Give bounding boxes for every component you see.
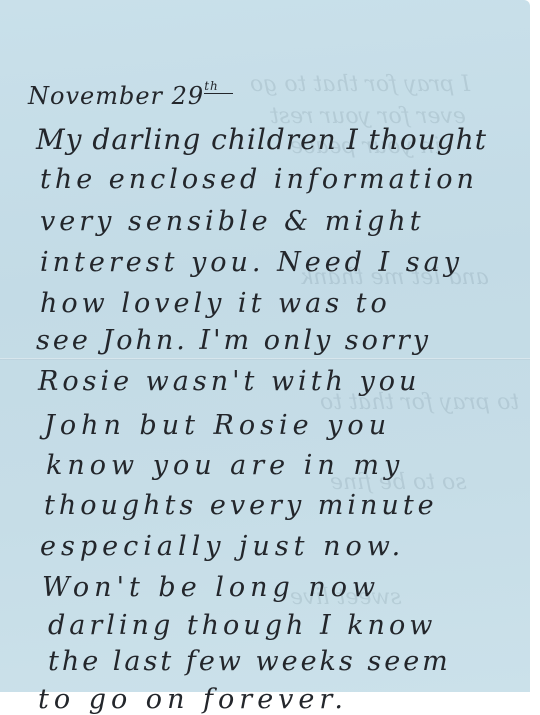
letter-line: see John. I'm only sorry: [36, 327, 431, 354]
letter-line: darling though I know: [48, 612, 436, 639]
date-ordinal: th: [204, 79, 233, 94]
letter-line: how lovely it was to: [40, 290, 391, 317]
letter-line: interest you. Need I say: [40, 249, 463, 276]
letter-line-closing: to go on forever.: [38, 686, 348, 700]
letter-line: the enclosed information: [40, 166, 478, 193]
letter-line: know you are in my: [46, 452, 404, 479]
date-text: November 29: [28, 82, 204, 110]
letter-line: especially just now.: [40, 533, 405, 560]
letter-line: Rosie wasn't with you: [38, 368, 420, 395]
letter-body: November 29th My darling children I thou…: [0, 0, 530, 692]
letter-line: thoughts every minute: [44, 492, 438, 519]
letter-paper: I pray for that to go ever for your rest…: [0, 0, 530, 692]
letter-date: November 29th: [28, 80, 233, 108]
letter-line: My darling children I thought: [36, 126, 487, 154]
letter-line: Won't be long now: [42, 574, 380, 601]
letter-line: the last few weeks seem: [48, 648, 451, 675]
letter-line: John but Rosie you: [44, 412, 391, 439]
letter-line: very sensible & might: [40, 208, 425, 235]
